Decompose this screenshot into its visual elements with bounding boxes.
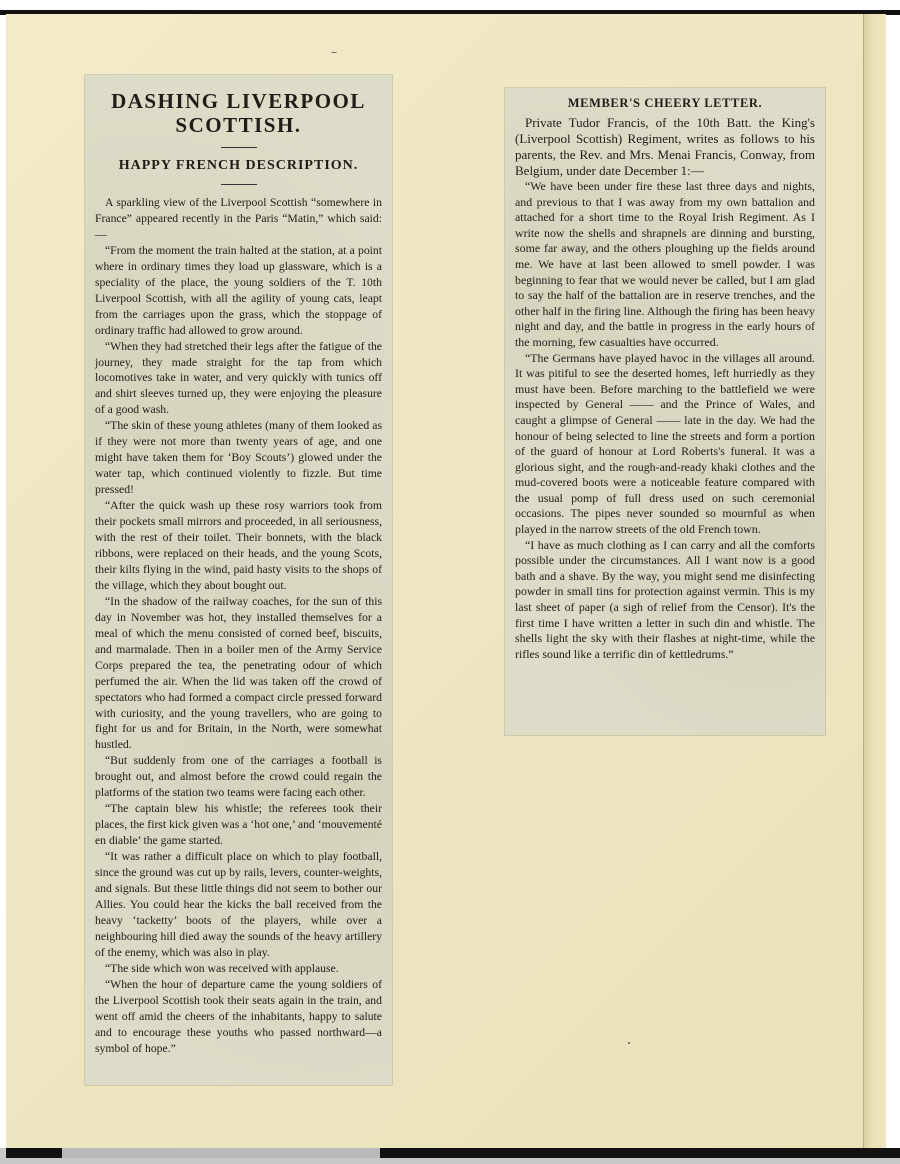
article-headline: DASHING LIVERPOOL SCOTTISH. xyxy=(95,89,382,137)
speck xyxy=(331,52,337,53)
article-body: “We have been under fire these last thre… xyxy=(515,179,815,662)
page-edge xyxy=(863,14,886,1149)
article-intro: Private Tudor Francis, of the 10th Batt.… xyxy=(515,115,815,179)
paragraph: “After the quick wash up these rosy warr… xyxy=(95,498,382,594)
article-subheadline: HAPPY FRENCH DESCRIPTION. xyxy=(95,158,382,174)
divider xyxy=(221,147,257,148)
paragraph: “I have as much clothing as I can carry … xyxy=(515,538,815,663)
paragraph: “When they had stretched their legs afte… xyxy=(95,339,382,419)
paragraph: “But suddenly from one of the carriages … xyxy=(95,753,382,801)
paragraph: “In the shadow of the railway coaches, f… xyxy=(95,594,382,754)
scan-bottom-border xyxy=(0,1148,900,1164)
paragraph: “The skin of these young athletes (many … xyxy=(95,418,382,498)
intro-paragraph: Private Tudor Francis, of the 10th Batt.… xyxy=(515,115,815,179)
paragraph: A sparkling view of the Liverpool Scotti… xyxy=(95,195,382,243)
scan-edge-dark-right xyxy=(380,1148,900,1158)
paragraph: “We have been under fire these last thre… xyxy=(515,179,815,351)
paragraph: “The Germans have played havoc in the vi… xyxy=(515,351,815,538)
article-clipping-dashing-liverpool-scottish: DASHING LIVERPOOL SCOTTISH. HAPPY FRENCH… xyxy=(85,75,392,1085)
scan-edge-dark-left xyxy=(6,1148,62,1158)
article-body: A sparkling view of the Liverpool Scotti… xyxy=(95,195,382,1056)
paragraph: “The side which won was received with ap… xyxy=(95,961,382,977)
scan-edge-light xyxy=(62,1148,380,1158)
paragraph: “It was rather a difficult place on whic… xyxy=(95,849,382,961)
speck xyxy=(628,1042,630,1044)
article-clipping-members-cheery-letter: MEMBER'S CHEERY LETTER. Private Tudor Fr… xyxy=(505,88,825,735)
article-headline: MEMBER'S CHEERY LETTER. xyxy=(515,96,815,111)
paragraph: “From the moment the train halted at the… xyxy=(95,243,382,339)
paragraph: “When the hour of departure came the you… xyxy=(95,977,382,1057)
divider xyxy=(221,184,257,185)
paragraph: “The captain blew his whistle; the refer… xyxy=(95,801,382,849)
